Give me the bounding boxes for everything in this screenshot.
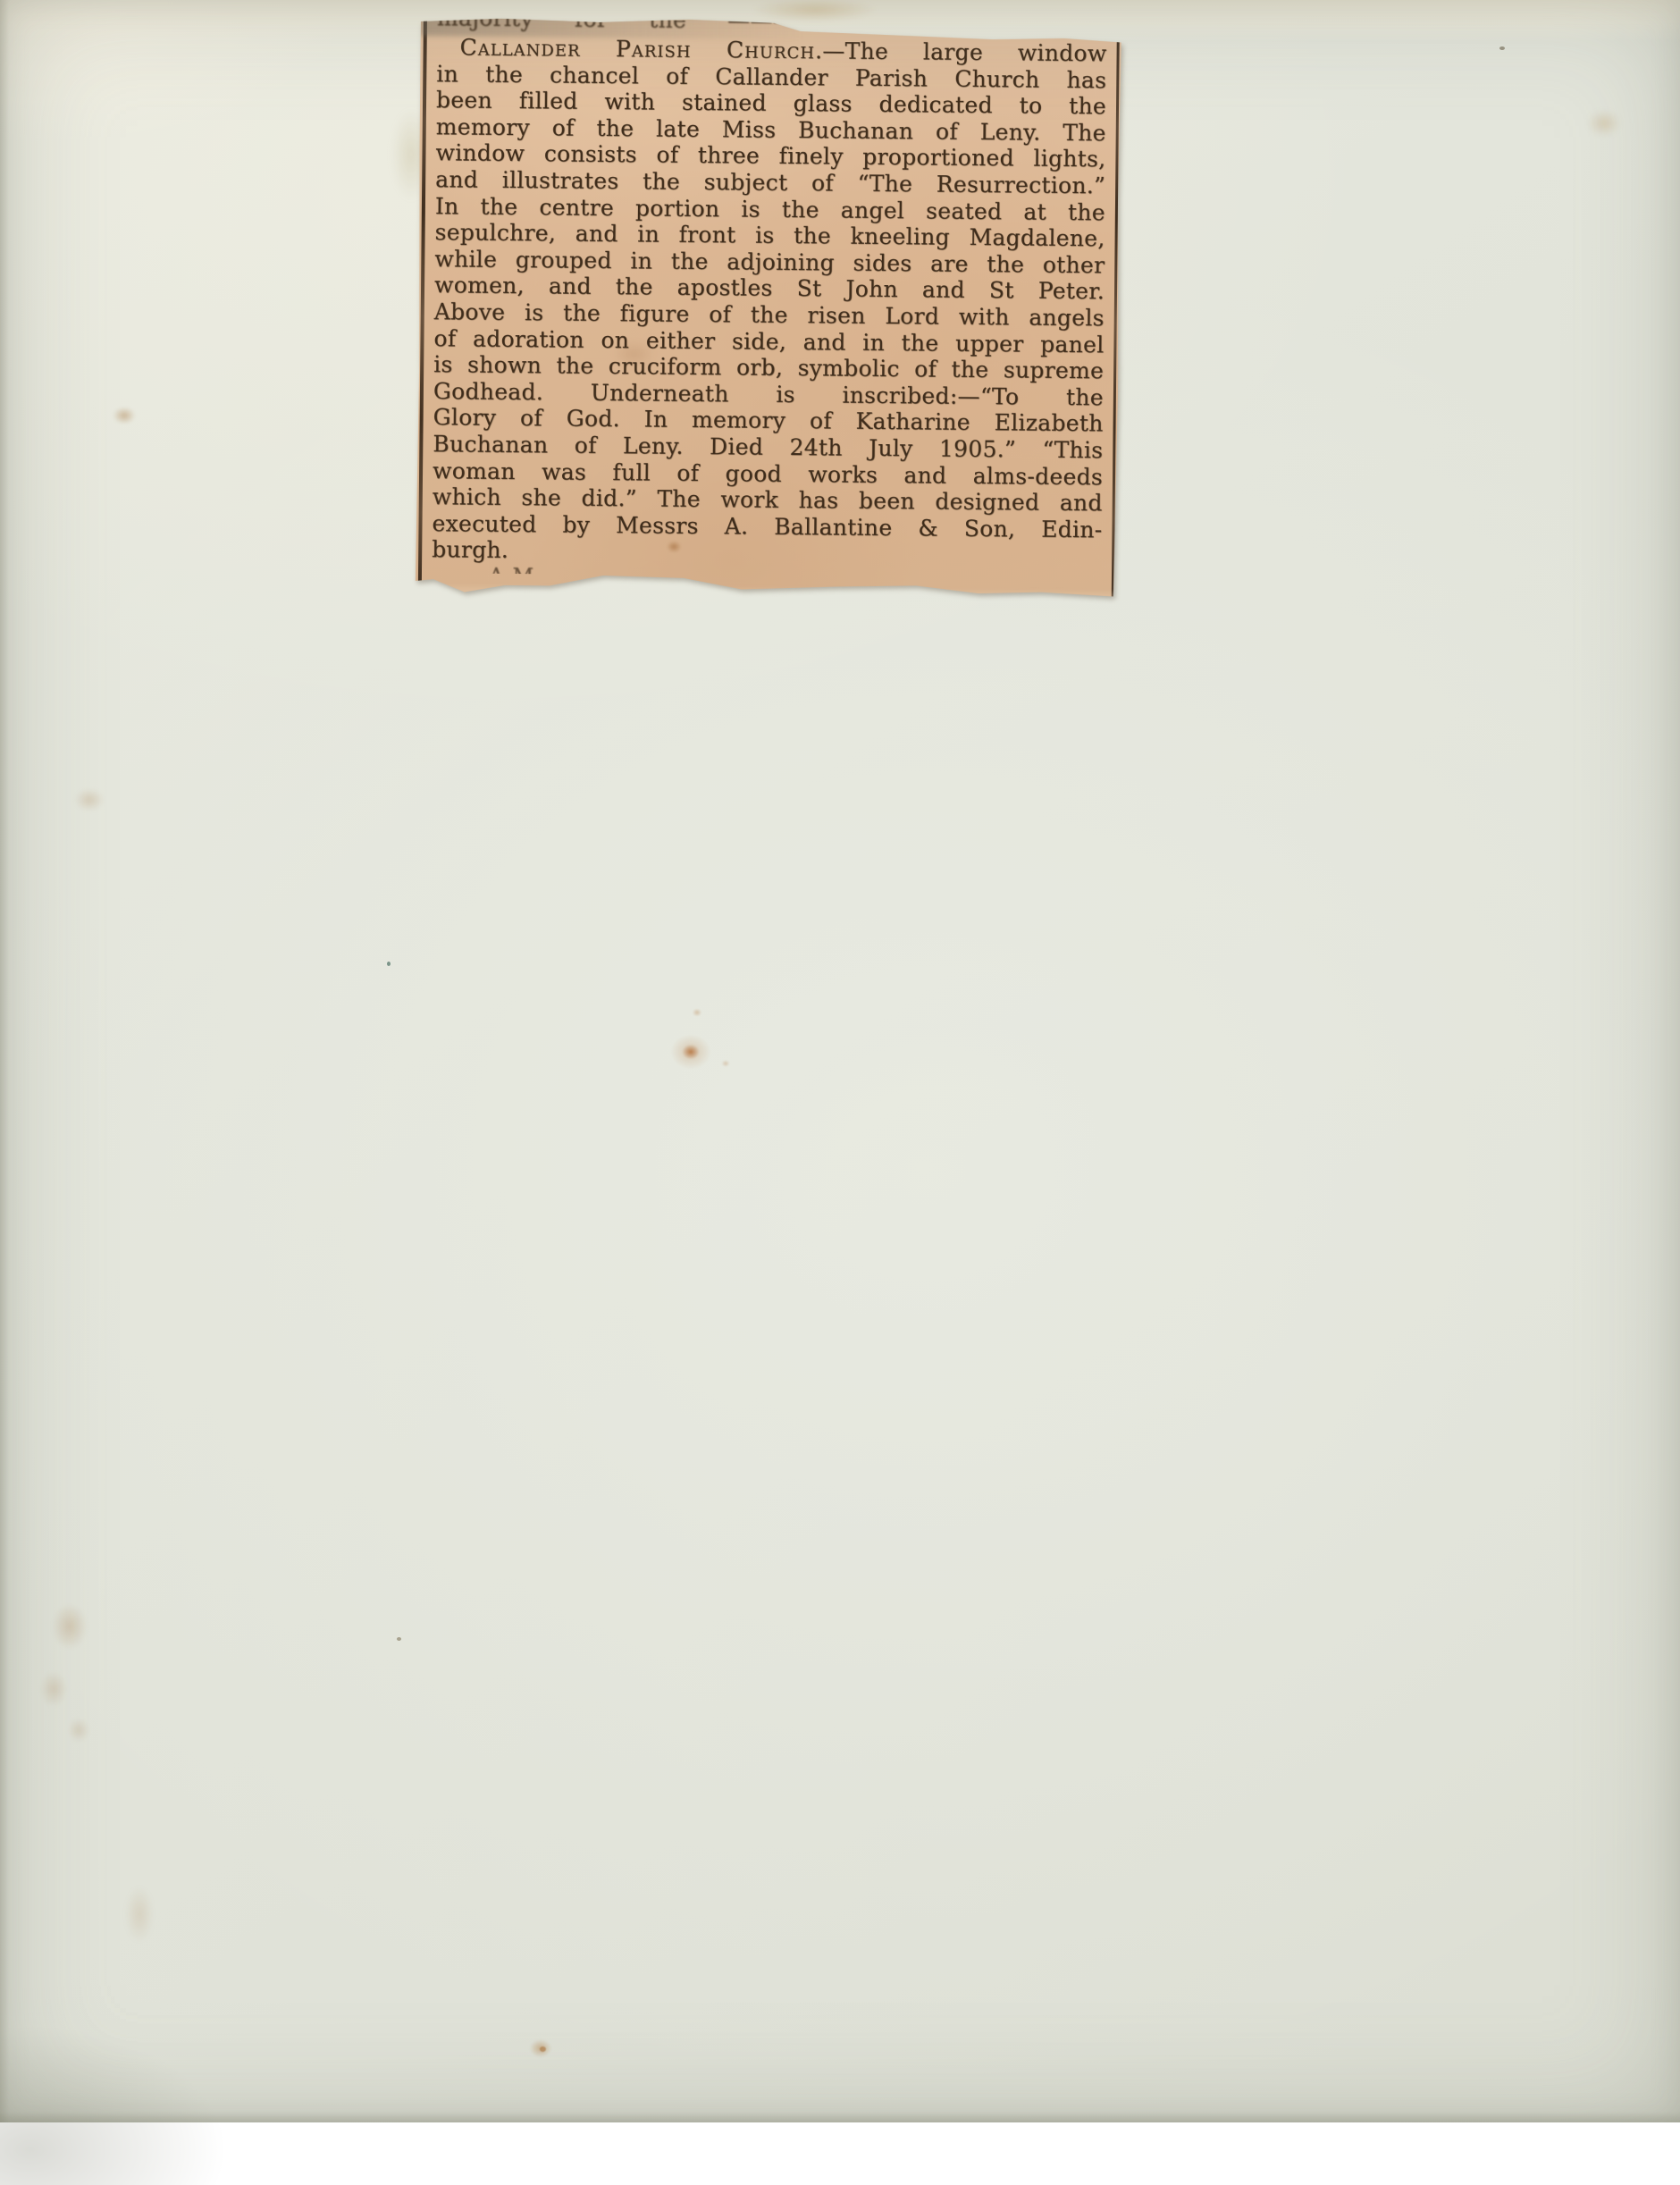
page-curl-shadow <box>0 1890 411 2122</box>
scanned-album-page: majority for the ——— —— ————, —— Calland… <box>0 0 1680 2122</box>
page-edge-shadow-left <box>0 0 9 2122</box>
scan-vignette <box>0 0 1680 2122</box>
